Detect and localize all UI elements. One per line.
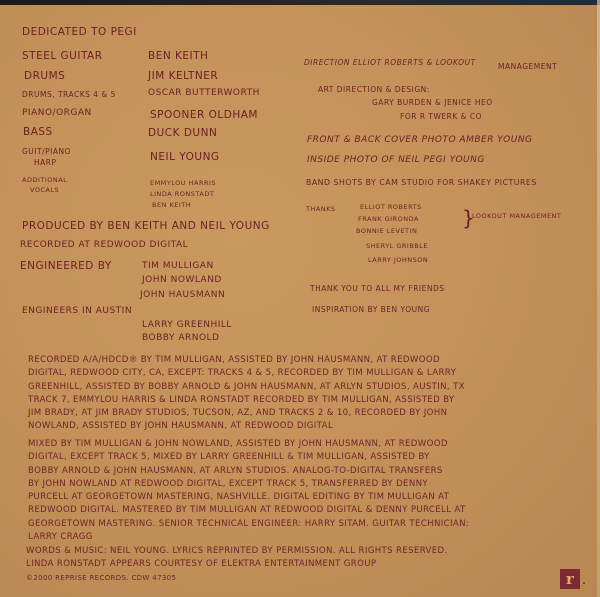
role-additional: Additional [22,176,67,184]
role-piano-organ: Piano/Organ [22,108,92,118]
reprise-logo-icon: r [560,569,580,589]
name-duck-dunn: Duck Dunn [148,127,217,139]
name-ben-keith: Ben Keith [148,50,208,62]
engineers-austin-label: Engineers in Austin [22,306,132,316]
direction: Direction Elliot Roberts & Lookout [304,58,476,67]
recorded-at: Recorded at Redwood Digital [20,240,188,250]
engineered-by-label: Engineered by [20,260,112,272]
legal-notes: Words & Music: Neil Young. Lyrics reprin… [26,545,448,585]
mixing-line: Mixed by Tim Mulligan & John Nowland, as… [28,438,469,451]
mixing-line: Larry Cragg [28,531,469,544]
dedication: Dedicated to Pegi [22,26,137,38]
thanks-elliot-roberts: Elliot Roberts [360,203,422,211]
thanks-bonnie-levetin: Bonnie Levetin [356,227,417,235]
name-neil-young: Neil Young [150,151,220,163]
legal-line: Words & Music: Neil Young. Lyrics reprin… [26,545,448,558]
thank-you-friends: Thank you to all my friends [310,284,445,293]
role-bass: Bass [23,126,53,138]
thanks-sheryl-gribble: Sheryl Gribble [366,242,428,250]
engineer-bobby-arnold: Bobby Arnold [142,333,220,343]
thanks-label: Thanks [306,205,336,213]
recording-credits: Recorded A/A/HDCD® by Tim Mulligan, assi… [28,354,465,434]
name-jim-keltner: Jim Keltner [148,70,218,82]
name-linda-ronstadt: Linda Ronstadt [150,190,214,198]
recording-line: track 7, Emmylou Harris & Linda Ronstadt… [28,394,465,407]
thanks-larry-johnson: Larry Johnson [368,256,428,264]
role-vocals: Vocals [30,186,59,194]
mixing-line: Purcell at Georgetown Mastering, Nashvil… [28,491,469,504]
band-shots: Band Shots by Cam Studio for Shakey Pict… [306,178,537,187]
recording-line: Recorded A/A/HDCD® by Tim Mulligan, assi… [28,354,465,367]
mixing-line: Digital, except track 5, mixed by Larry … [28,451,469,464]
produced-by: Produced by Ben Keith and Neil Young [22,220,270,232]
copyright-line: ©2000 Reprise Records. CDW 47305 [26,572,448,585]
engineer-john-hausmann: John Hausmann [140,290,225,300]
recording-line: Digital, Redwood City, CA, except: track… [28,367,465,380]
thanks-frank-gironda: Frank Gironda [358,215,419,223]
role-steel-guitar: Steel Guitar [22,50,103,62]
name-emmylou-harris: Emmylou Harris [150,179,216,187]
inside-photo: Inside Photo of Neil Pegi Young [307,155,485,165]
cover-photo: Front & Back Cover Photo Amber Young [307,135,533,145]
name-spooner-oldham: Spooner Oldham [150,109,258,121]
recording-line: Nowland, assisted by John Hausmann, at R… [28,420,465,433]
mixing-line: by John Nowland at Redwood Digital, exce… [28,478,469,491]
name-oscar-butterworth: Oscar Butterworth [148,88,260,98]
engineer-john-nowland: John Nowland [142,275,222,285]
liner-notes-page: Dedicated to Pegi Steel Guitar Ben Keith… [0,0,600,597]
recording-line: Jim Brady, at Jim Brady Studios, Tucson,… [28,407,465,420]
role-drums: Drums [24,70,65,82]
registered-mark [583,582,585,584]
mixing-credits: Mixed by Tim Mulligan & John Nowland, as… [28,438,469,544]
inspiration: Inspiration by Ben Young [312,305,430,314]
role-drums-tracks: Drums, Tracks 4 & 5 [22,90,116,99]
art-direction-for: for R Twerk & Co [400,112,482,121]
role-guit-piano: Guit/Piano [22,147,71,156]
mixing-line: Redwood Digital. Mastered by Tim Mulliga… [28,504,469,517]
engineer-larry-greenhill: Larry Greenhill [142,320,232,330]
recording-line: Greenhill, assisted by Bobby Arnold & Jo… [28,381,465,394]
art-direction-label: Art Direction & Design: [318,85,430,94]
mixing-line: Georgetown Mastering. Senior technical e… [28,518,469,531]
legal-line: Linda Ronstadt appears courtesy of Elekt… [26,558,448,571]
name-ben-keith-vocals: Ben Keith [152,201,191,209]
engineer-tim-mulligan: Tim Mulligan [142,261,214,271]
role-harp: Harp [34,158,57,167]
direction-management: Management [498,62,557,71]
art-direction-names: Gary Burden & Jenice Heo [372,98,493,107]
thanks-lookout-management: Lookout Management [472,212,561,220]
mixing-line: Bobby Arnold & John Hausmann, at Arlyn S… [28,465,469,478]
